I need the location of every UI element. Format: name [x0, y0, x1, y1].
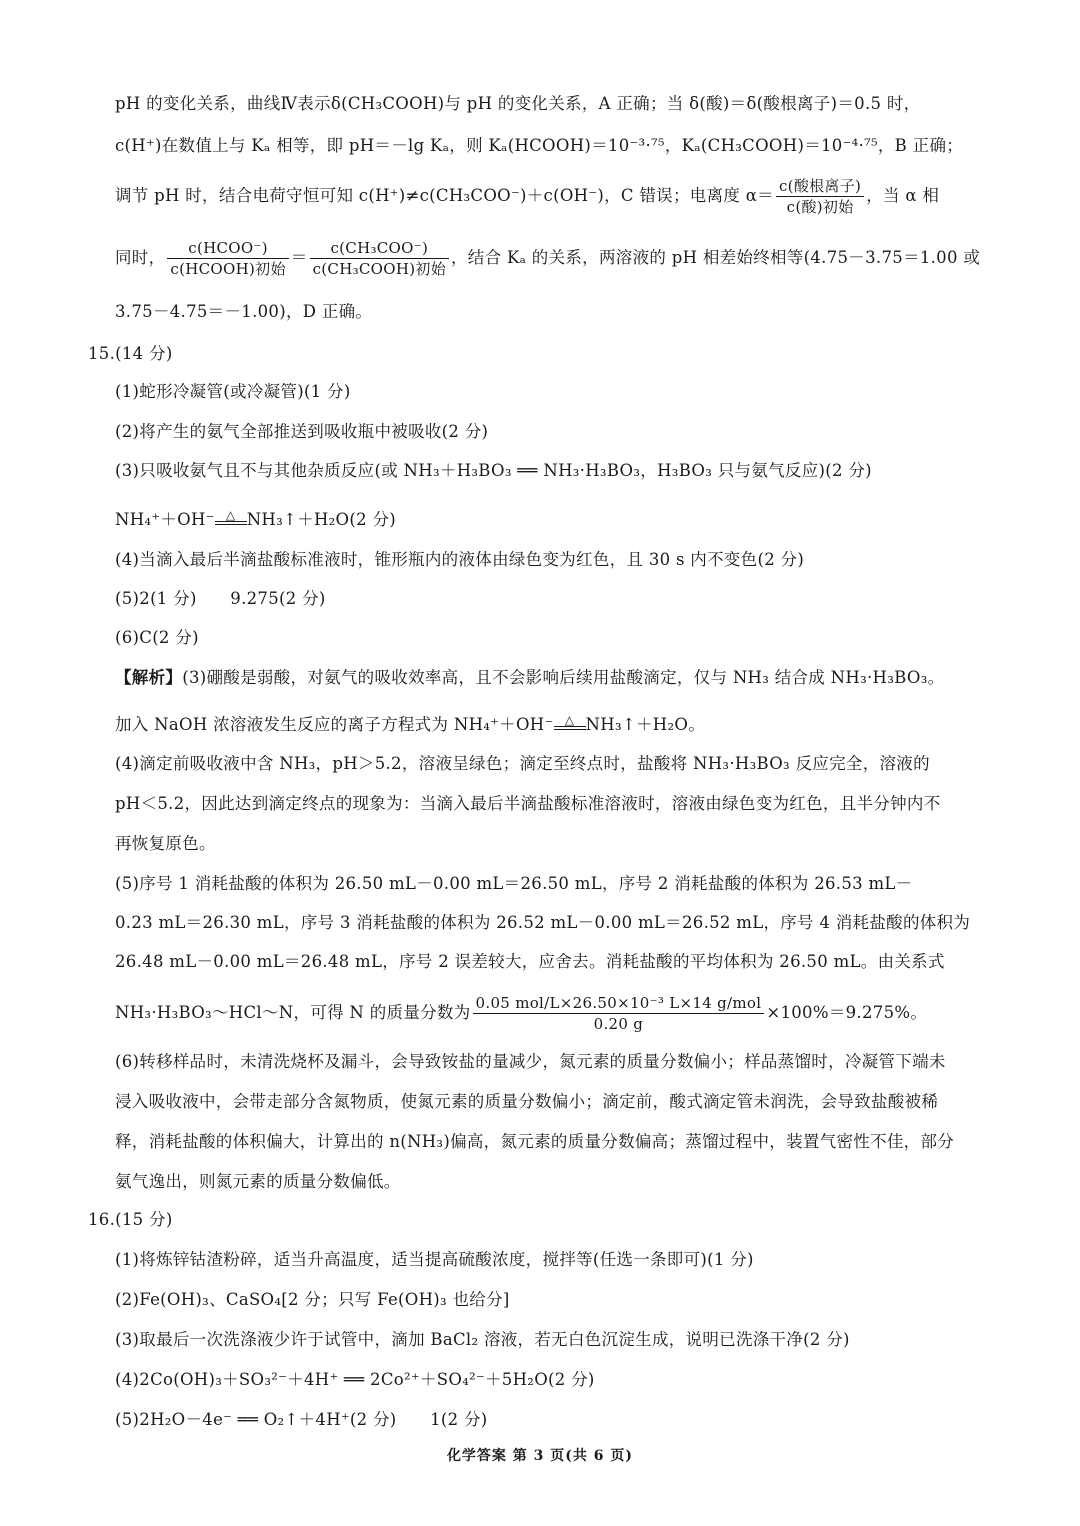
text-line: 浸入吸收液中，会带走部分含氮物质，使氮元素的质量分数偏小；滴定前，酸式滴定管未润… [115, 1090, 1000, 1114]
q15-answer-6: (6)C(2 分) [115, 626, 1000, 650]
q15-answer-3-equation: NH₄⁺＋OH⁻△NH₃↑＋H₂O(2 分) [115, 508, 1000, 532]
text-line: 调节 pH 时，结合电荷守恒可知 c(H⁺)≠c(CH₃COO⁻)＋c(OH⁻)… [115, 176, 1000, 217]
text-segment: ，当 α 相 [866, 186, 939, 205]
text-segment: 同时， [115, 248, 165, 267]
fraction-numerator: c(CH₃COO⁻) [310, 238, 449, 259]
text-line: pH＜5.2，因此达到滴定终点的现象为：当滴入最后半滴盐酸标准溶液时，溶液由绿色… [115, 792, 1000, 816]
heating-equals-sign: △ [554, 722, 586, 730]
fraction-denominator: c(酸)初始 [776, 197, 864, 217]
answer-key-page: pH 的变化关系，曲线Ⅳ表示δ(CH₃COOH)与 pH 的变化关系，A 正确；… [0, 0, 1080, 1526]
q15-answer-3: (3)只吸收氨气且不与其他杂质反应(或 NH₃＋H₃BO₃ ══ NH₃·H₃B… [115, 459, 1000, 483]
heating-equals-sign: △ [215, 517, 247, 525]
text-line: 同时，c(HCOO⁻)c(HCOOH)初始＝c(CH₃COO⁻)c(CH₃COO… [115, 238, 1000, 279]
analysis-label: 【解析】 [115, 668, 182, 687]
text-segment: ×100%＝9.275%。 [766, 1003, 927, 1022]
text-segment: NH₃·H₃BO₃～HCl～N，可得 N 的质量分数为 [115, 1003, 471, 1022]
question-16-heading: 16.(15 分) [88, 1208, 1000, 1232]
delta-icon: △ [215, 503, 247, 527]
mass-fraction-formula: 0.05 mol/L×26.50×10⁻³ L×14 g/mol0.20 g [473, 993, 765, 1034]
text-line: (4)滴定前吸收液中含 NH₃，pH＞5.2，溶液呈绿色；滴定至终点时，盐酸将 … [115, 752, 1000, 776]
fraction-numerator: c(酸根离子) [776, 176, 864, 197]
delta-icon: △ [554, 708, 586, 732]
equation-left: NH₄⁺＋OH⁻ [115, 510, 215, 529]
text-line: (6)转移样品时，未清洗烧杯及漏斗，会导致铵盐的量减少，氮元素的质量分数偏小；样… [115, 1050, 1000, 1074]
q15-answer-1: (1)蛇形冷凝管(或冷凝管)(1 分) [115, 380, 1000, 404]
question-15-heading: 15.(14 分) [88, 342, 1000, 366]
acetate-fraction: c(CH₃COO⁻)c(CH₃COOH)初始 [310, 238, 449, 279]
q15-answer-5: (5)2(1 分) 9.275(2 分) [115, 587, 1000, 611]
q16-answer-5: (5)2H₂O－4e⁻ ══ O₂↑＋4H⁺(2 分) 1(2 分) [115, 1408, 1000, 1432]
equals-sign: ＝ [291, 248, 308, 267]
fraction-numerator: c(HCOO⁻) [167, 238, 288, 259]
q16-answer-4: (4)2Co(OH)₃＋SO₃²⁻＋4H⁺ ══ 2Co²⁺＋SO₄²⁻＋5H₂… [115, 1368, 1000, 1392]
text-segment: (3)硼酸是弱酸，对氨气的吸收效率高，且不会影响后续用盐酸滴定，仅与 NH₃ 结… [182, 668, 944, 687]
text-line: 加入 NaOH 浓溶液发生反应的离子方程式为 NH₄⁺＋OH⁻△NH₃↑＋H₂O… [115, 713, 1000, 737]
q15-answer-4: (4)当滴入最后半滴盐酸标准液时，锥形瓶内的液体由绿色变为红色，且 30 s 内… [115, 548, 1000, 572]
fraction-denominator: c(CH₃COOH)初始 [310, 259, 449, 279]
text-line: (5)序号 1 消耗盐酸的体积为 26.50 mL－0.00 mL＝26.50 … [115, 872, 1000, 896]
text-line: NH₃·H₃BO₃～HCl～N，可得 N 的质量分数为0.05 mol/L×26… [115, 993, 1000, 1034]
q15-answer-2: (2)将产生的氨气全部推送到吸收瓶中被吸收(2 分) [115, 420, 1000, 444]
ionization-degree-fraction: c(酸根离子)c(酸)初始 [776, 176, 864, 217]
fraction-denominator: c(HCOOH)初始 [167, 259, 288, 279]
text-line: 0.23 mL＝26.30 mL，序号 3 消耗盐酸的体积为 26.52 mL－… [115, 911, 1000, 935]
text-line: 释，消耗盐酸的体积偏大，计算出的 n(NH₃)偏高，氮元素的质量分数偏高；蒸馏过… [115, 1130, 1000, 1154]
text-line: 氨气逸出，则氮元素的质量分数偏低。 [115, 1170, 1000, 1194]
text-segment: NH₃↑＋H₂O。 [586, 715, 706, 734]
text-line: 3.75－4.75＝－1.00)，D 正确。 [115, 300, 1000, 324]
q16-answer-2: (2)Fe(OH)₃、CaSO₄[2 分；只写 Fe(OH)₃ 也给分] [115, 1288, 1000, 1312]
equation-right: NH₃↑＋H₂O(2 分) [247, 510, 396, 529]
text-line: 再恢复原色。 [115, 832, 1000, 856]
text-segment: ，结合 Kₐ 的关系，两溶液的 pH 相差始终相等(4.75－3.75＝1.00… [451, 248, 980, 267]
page-footer: 化学答案 第 3 页(共 6 页) [0, 1445, 1080, 1465]
formate-fraction: c(HCOO⁻)c(HCOOH)初始 [167, 238, 288, 279]
text-line: pH 的变化关系，曲线Ⅳ表示δ(CH₃COOH)与 pH 的变化关系，A 正确；… [115, 92, 1000, 116]
fraction-denominator: 0.20 g [473, 1014, 765, 1034]
analysis-line: 【解析】(3)硼酸是弱酸，对氨气的吸收效率高，且不会影响后续用盐酸滴定，仅与 N… [115, 666, 1000, 690]
text-segment: 加入 NaOH 浓溶液发生反应的离子方程式为 NH₄⁺＋OH⁻ [115, 715, 554, 734]
text-line: c(H⁺)在数值上与 Kₐ 相等，即 pH＝－lg Kₐ，则 Kₐ(HCOOH)… [115, 134, 1000, 158]
fraction-numerator: 0.05 mol/L×26.50×10⁻³ L×14 g/mol [473, 993, 765, 1014]
q16-answer-1: (1)将炼锌钴渣粉碎，适当升高温度，适当提高硫酸浓度，搅拌等(任选一条即可)(1… [115, 1248, 1000, 1272]
q16-answer-3: (3)取最后一次洗涤液少许于试管中，滴加 BaCl₂ 溶液，若无白色沉淀生成，说… [115, 1328, 1000, 1352]
text-segment: 调节 pH 时，结合电荷守恒可知 c(H⁺)≠c(CH₃COO⁻)＋c(OH⁻)… [115, 186, 774, 205]
text-line: 26.48 mL－0.00 mL＝26.48 mL，序号 2 误差较大，应舍去。… [115, 950, 1000, 974]
